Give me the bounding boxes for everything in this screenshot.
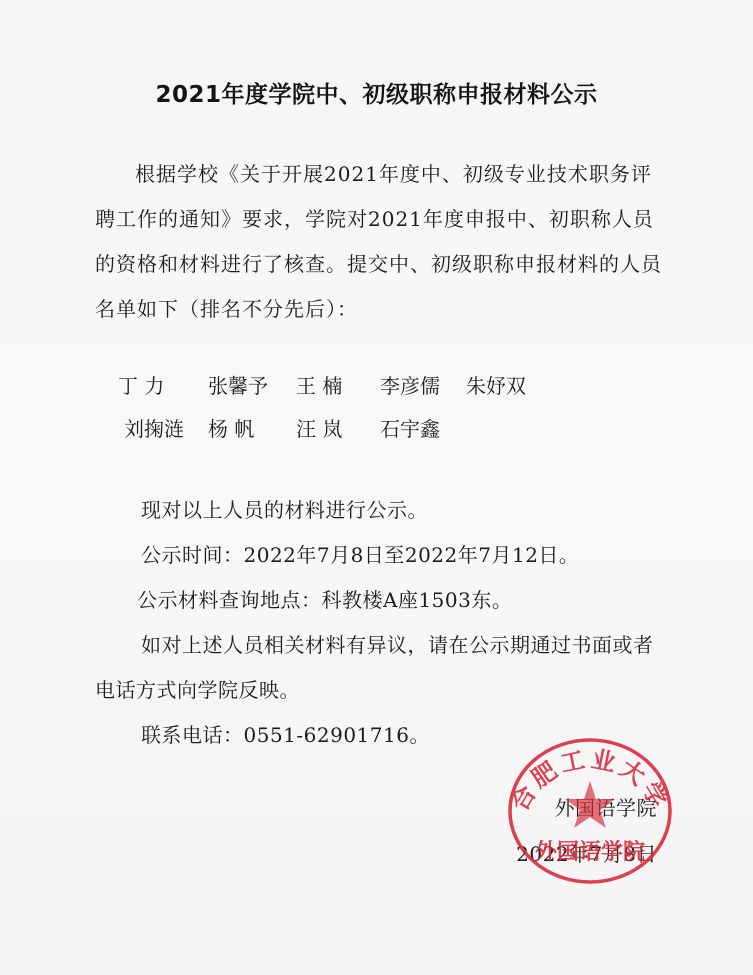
signature-department: 外国语学院 xyxy=(516,785,657,831)
signature-date: 2022年7月8日 xyxy=(516,831,657,877)
intro-paragraph: 根据学校《关于开展2021年度中、初级专业技术职务评聘工作的通知》要求，学院对2… xyxy=(95,152,665,332)
inquiry-location: 公示材料查询地点：科教楼A座1503东。 xyxy=(95,578,665,623)
name-item: 丁 力 xyxy=(118,365,208,408)
publicity-note: 现对以上人员的材料进行公示。 xyxy=(95,488,665,533)
document-title: 2021年度学院中、初级职称申报材料公示 xyxy=(0,76,753,109)
names-list: 丁 力 张馨予 王 楠 李彦儒 朱妤双 刘掬涟 杨 帆 汪 岚 石宇鑫 xyxy=(118,365,526,451)
signature-block: 外国语学院 2022年7月8日 xyxy=(516,785,657,877)
name-item: 张馨予 xyxy=(208,365,296,408)
name-item: 王 楠 xyxy=(296,365,380,408)
name-item: 杨 帆 xyxy=(208,408,296,451)
notes-section: 现对以上人员的材料进行公示。 公示时间：2022年7月8日至2022年7月12日… xyxy=(95,488,665,758)
names-row-2: 刘掬涟 杨 帆 汪 岚 石宇鑫 xyxy=(118,408,526,451)
name-item: 刘掬涟 xyxy=(124,408,208,451)
names-row-1: 丁 力 张馨予 王 楠 李彦儒 朱妤双 xyxy=(118,365,526,408)
name-item: 石宇鑫 xyxy=(380,408,440,451)
document-page: 2021年度学院中、初级职称申报材料公示 根据学校《关于开展2021年度中、初级… xyxy=(0,0,753,975)
intro-text: 根据学校《关于开展2021年度中、初级专业技术职务评聘工作的通知》要求，学院对2… xyxy=(95,152,665,332)
contact-phone: 联系电话：0551-62901716。 xyxy=(95,713,665,758)
name-item: 李彦儒 xyxy=(380,365,466,408)
publicity-period: 公示时间：2022年7月8日至2022年7月12日。 xyxy=(95,533,665,578)
objection-note: 如对上述人员相关材料有异议，请在公示期通过书面或者电话方式向学院反映。 xyxy=(95,623,665,713)
name-item: 汪 岚 xyxy=(296,408,380,451)
name-item: 朱妤双 xyxy=(466,365,526,408)
